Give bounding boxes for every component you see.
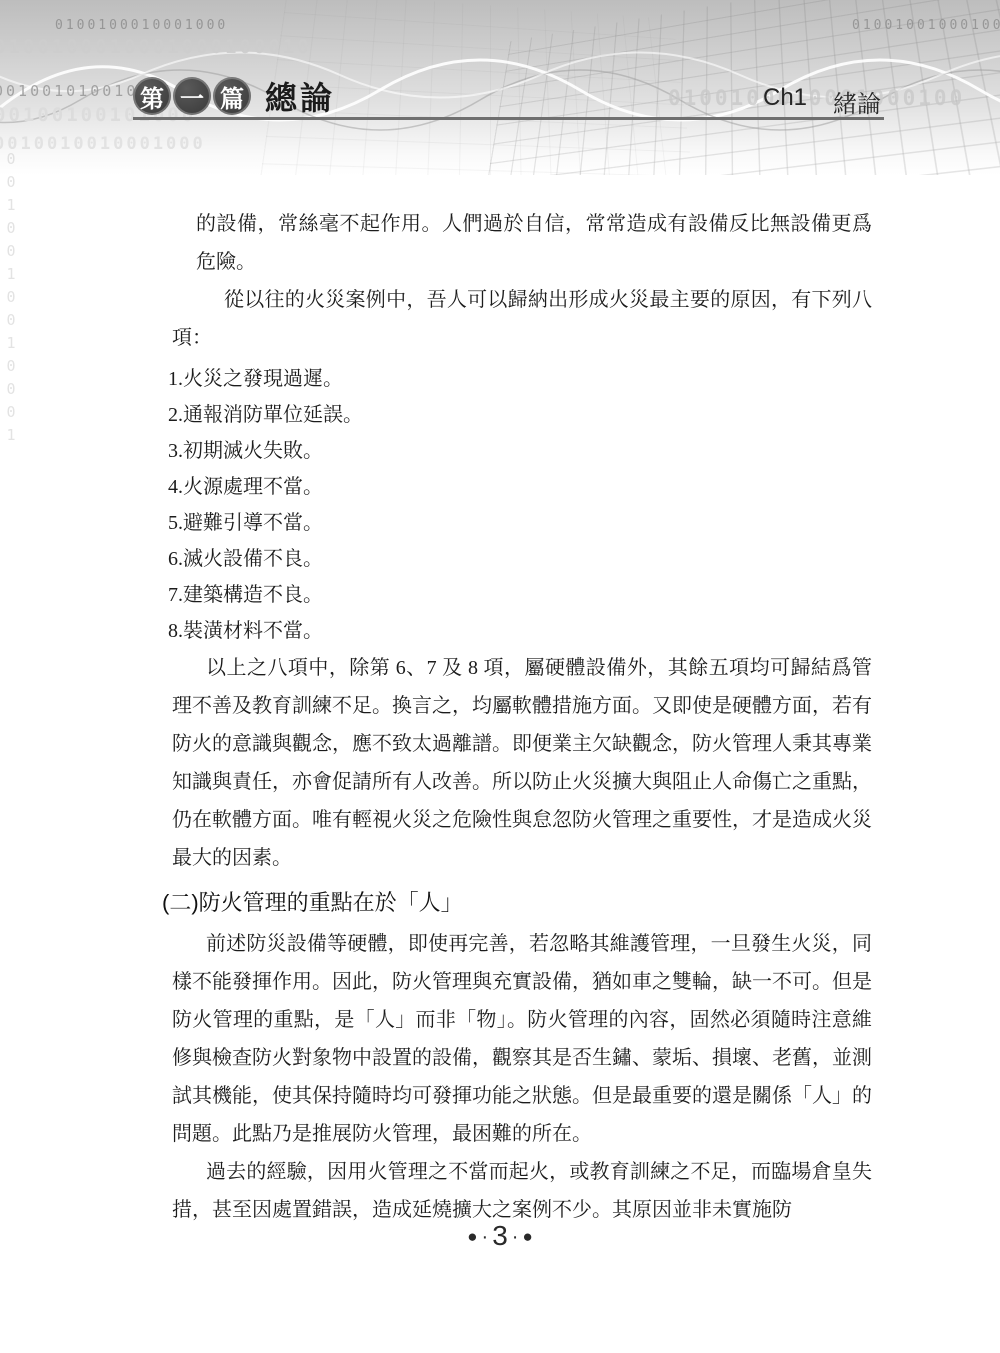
section-heading: (二)防火管理的重點在於「人」	[162, 887, 872, 919]
chapter-header: Ch1 緒論	[763, 84, 881, 119]
list-item: 1.火災之發現過遲。	[168, 361, 872, 397]
fire-causes-list: 1.火災之發現過遲。 2.通報消防單位延誤。 3.初期滅火失敗。 4.火源處理不…	[168, 361, 872, 649]
footer-separator-right: ·	[512, 1226, 519, 1248]
footer-dot-left: ●	[467, 1227, 477, 1246]
list-item: 7.建築構造不良。	[168, 577, 872, 613]
paragraph-people-1: 前述防災設備等硬體，即使再完善，若忽略其維護管理，一旦發生火災，同樣不能發揮作用…	[172, 925, 872, 1153]
binary-decoration: 0100100010001000	[55, 18, 228, 33]
paragraph-people-2: 過去的經驗，因用火管理之不當而起火，或教育訓練之不足，而臨場倉皇失措，甚至因處置…	[172, 1153, 872, 1229]
part-badge-circle-2: 一	[173, 77, 211, 115]
paragraph-intro-causes: 從以往的火災案例中，吾人可以歸納出形成火災最主要的原因，有下列八項：	[172, 281, 872, 357]
page-content: 的設備，常絲毫不起作用。人們過於自信，常常造成有設備反比無設備更爲危險。 從以往…	[0, 175, 1000, 1229]
book-page: 0100100010001000 0100100010001000100010 …	[0, 0, 1000, 1353]
binary-decoration: 0010010010001000	[0, 134, 206, 154]
list-item: 6.滅火設備不良。	[168, 541, 872, 577]
list-item: 5.避難引導不當。	[168, 505, 872, 541]
list-item: 4.火源處理不當。	[168, 469, 872, 505]
part-badge-circle-1: 第	[133, 77, 171, 115]
chapter-code: Ch1	[763, 84, 807, 119]
list-item: 3.初期滅火失敗。	[168, 433, 872, 469]
paragraph-continuation: 的設備，常絲毫不起作用。人們過於自信，常常造成有設備反比無設備更爲危險。	[172, 205, 872, 281]
chapter-title: 緒論	[833, 84, 881, 119]
binary-decoration: 01001001000100	[852, 18, 1000, 33]
part-title: 總論	[265, 73, 335, 119]
list-item: 8.裝潢材料不當。	[168, 613, 872, 649]
page-footer: ●·3·●	[0, 1220, 1000, 1252]
footer-dot-right: ●	[522, 1227, 532, 1246]
footer-separator-left: ·	[482, 1226, 489, 1248]
part-badge: 第 一 篇 總論	[133, 73, 335, 119]
list-item: 2.通報消防單位延誤。	[168, 397, 872, 433]
page-header: 0100100010001000 0100100010001000100010 …	[0, 0, 1000, 175]
part-badge-circle-3: 篇	[213, 77, 251, 115]
binary-decoration: 0100100010001000100010	[0, 36, 312, 58]
paragraph-analysis: 以上之八項中，除第 6、7 及 8 項，屬硬體設備外，其餘五項均可歸結爲管理不善…	[172, 649, 872, 877]
page-number: 3	[492, 1220, 508, 1251]
